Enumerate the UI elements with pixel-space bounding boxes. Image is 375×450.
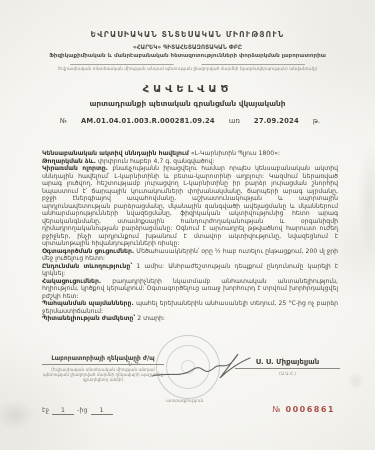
- organization-name: «ՀԱՐԵԿ» ԳԻՏԱՀԵՏԱԶՈՏԱԿԱՆ ՓԲԸ: [20, 45, 355, 51]
- document-body: Կենսաբանական ակտիվ սննդային հավելում «Լ-…: [42, 150, 338, 323]
- certificate-number-line: № AM.01.04.01.003.R.000281.09.24 առ 27.0…: [40, 117, 340, 125]
- laboratory-name: Ֆիզիկաքիմիական և մանրէաբանական հետազոտու…: [20, 53, 355, 59]
- position-footnote: (Եվրասիական տնտեսական միության անդամ պետ…: [42, 367, 164, 382]
- form-serial-number: №0006861: [272, 405, 335, 414]
- usage-directions-paragraph: Օգտագործման ցուցումներ. Մեծահասակներին՝ …: [42, 248, 338, 263]
- scan-artifact: [0, 400, 34, 430]
- scan-artifact: [347, 372, 365, 390]
- scan-artifact: [357, 140, 375, 260]
- signatory-position: Լաբորատորիայի ղեկավարի ժ/պ (Եվրասիական տ…: [42, 356, 164, 382]
- date-preposition: առ: [229, 117, 240, 125]
- storage-conditions-paragraph: Պահպանման պայմանները. պահել երեխաներին ա…: [42, 300, 338, 315]
- scanned-certificate-appendix: ԵՎՐԱՍԻԱԿԱՆ ՏՆՏԵՍԱԿԱՆ ՄԻՈՒԹՅՈՒՆ «ՀԱՐԵԿ» Գ…: [0, 0, 375, 450]
- signatory-name: Ս. Ս. Միքայելյան: [235, 358, 340, 369]
- intake-duration-paragraph: Ընդունման տևողությունը՝ 1 ամիս: Անհրաժեշ…: [42, 263, 338, 278]
- document-title: ՀԱՎԵԼՎԱԾ: [0, 84, 375, 95]
- contraindications-paragraph: Հակացուցումներ. բաղադրիչների նկատմամբ ան…: [42, 278, 338, 301]
- page-number: 1: [52, 406, 74, 415]
- total-pages: 1: [91, 406, 113, 415]
- certificate-number: AM.01.04.01.003.R.000281.09.24: [81, 117, 215, 125]
- header-footnote: (Եվրասիական տնտեսական միության անդամ պետ…: [20, 67, 355, 72]
- name-footnote: (Ա.Ա.Հ.): [235, 371, 340, 376]
- product-name-paragraph: Կենսաբանական ակտիվ սննդային հավելում «Լ-…: [42, 150, 338, 158]
- number-sign: №: [60, 117, 67, 125]
- application-area-paragraph: Կիրառման ոլորտը. բնակչությանն իրացվելու …: [42, 165, 338, 248]
- union-title: ԵՎՐԱՍԻԱԿԱՆ ՏՆՏԵՍԱԿԱՆ ՄԻՈՒԹՅՈՒՆ: [20, 30, 355, 39]
- document-subtitle: արտադրանքի պետական գրանցման վկայականի: [0, 99, 375, 108]
- year-abbrev: թ.: [313, 117, 320, 125]
- signature-caption: ստորագրություն: [166, 398, 203, 403]
- signatory-name-block: Ս. Ս. Միքայելյան (Ա.Ա.Հ.): [235, 358, 340, 376]
- shelf-life-paragraph: Պիտանելիության ժամկետը՝ 2 տարի:: [42, 315, 338, 323]
- certificate-date: 27.09.2024: [254, 117, 299, 125]
- header-divider: [70, 64, 305, 65]
- release-form-paragraph: Թողարկման ձև. փրփրուն հաբեր 4,7 գ. զանգվ…: [42, 158, 338, 166]
- page-counter: էջ1-ից1: [42, 406, 116, 415]
